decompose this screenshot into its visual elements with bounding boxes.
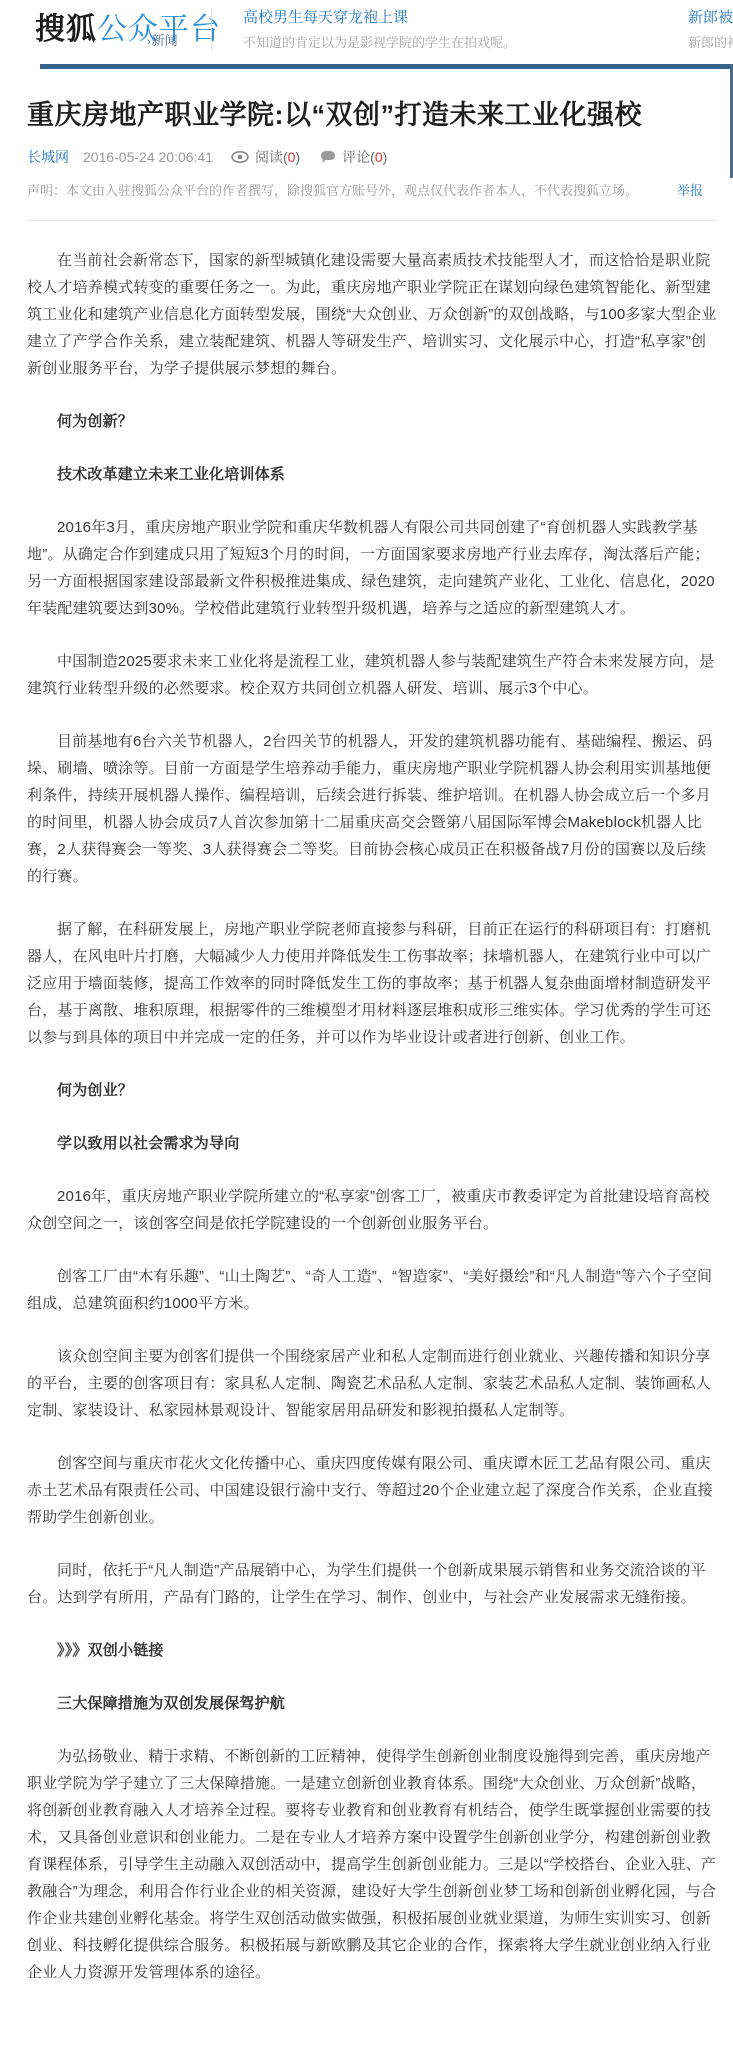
section-heading: 何为创新？ bbox=[27, 408, 717, 435]
comment-paren-close: ) bbox=[383, 149, 388, 165]
article-paragraph: 为弘扬敬业、精于求精、不断创新的工匠精神，使得学生创新创业制度设施得到完善，重庆… bbox=[27, 1743, 717, 1986]
comment-label: 评论( bbox=[342, 147, 375, 167]
headline-link[interactable]: 新郎被 bbox=[688, 7, 733, 29]
content-divider bbox=[27, 220, 717, 221]
headline-subtitle: 不知道的肯定以为是影视学院的学生在拍戏呢。 bbox=[243, 33, 516, 53]
read-count-group: 阅读(0) bbox=[231, 147, 300, 167]
sohu-logo[interactable]: 搜狐公众平台 bbox=[35, 13, 221, 47]
article-container: 重庆房地产职业学院:以“双创”打造未来工业化强校 长城网 2016-05-24 … bbox=[0, 98, 733, 2052]
article-paragraph: 2016年，重庆房地产职业学院所建立的“私享家”创客工厂，被重庆市教委评定为首批… bbox=[27, 1183, 717, 1237]
header-accent-bar bbox=[40, 64, 733, 69]
article-paragraph: 2016年3月，重庆房地产职业学院和重庆华数机器人有限公司共同创建了“育创机器人… bbox=[27, 514, 717, 622]
read-label: 阅读( bbox=[255, 147, 288, 167]
read-count: 0 bbox=[288, 149, 296, 165]
article-paragraph: 据了解，在科研发展上，房地产职业学院老师直接参与科研，目前正在运行的科研项目有：… bbox=[27, 916, 717, 1051]
sohu-logo-text: 搜狐 bbox=[35, 13, 97, 46]
section-heading: 学以致用以社会需求为导向 bbox=[27, 1130, 717, 1157]
article-paragraph: 中国制造2025要求未来工业化将是流程工业，建筑机器人参与装配建筑生产符合未来发… bbox=[27, 648, 717, 702]
section-heading: 技术改革建立未来工业化培训体系 bbox=[27, 461, 717, 488]
page-header: 搜狐公众平台 ›新闻 高校男生每天穿龙袍上课 不知道的肯定以为是影视学院的学生在… bbox=[0, 0, 733, 70]
article-meta: 长城网 2016-05-24 20:06:41 阅读(0) 评论(0) bbox=[27, 147, 717, 167]
nav-news-label: 新闻 bbox=[152, 33, 178, 48]
comment-count-group[interactable]: 评论(0) bbox=[320, 147, 387, 167]
headline-item-2: 新郎被 新郎的衬 bbox=[688, 7, 733, 53]
report-link[interactable]: 举报 bbox=[677, 180, 703, 199]
comment-count: 0 bbox=[375, 149, 383, 165]
article-paragraph: 在当前社会新常态下，国家的新型城镇化建设需要大量高素质技术技能型人才，而这恰恰是… bbox=[27, 247, 717, 382]
headline-link[interactable]: 高校男生每天穿龙袍上课 bbox=[243, 7, 516, 29]
section-heading: 三大保障措施为双创发展保驾护航 bbox=[27, 1690, 717, 1717]
article-paragraph: 该众创空间主要为创客们提供一个围绕家居产业和私人定制而进行创业就业、兴趣传播和知… bbox=[27, 1343, 717, 1424]
article-paragraph: 创客工厂由“木有乐趣”、“山土陶艺”、“奇人工造”、“智造家”、“美好摄绘”和“… bbox=[27, 1263, 717, 1317]
chevron-right-icon: › bbox=[147, 36, 151, 48]
page-title: 重庆房地产职业学院:以“双创”打造未来工业化强校 bbox=[27, 98, 717, 132]
section-heading: 》》》双创小链接 bbox=[27, 1637, 717, 1664]
disclaimer-text: 声明：本文由入驻搜狐公众平台的作者撰写，除搜狐官方账号外，观点仅代表作者本人，不… bbox=[27, 180, 638, 199]
source-link[interactable]: 长城网 bbox=[27, 147, 69, 167]
header-divider bbox=[211, 9, 212, 51]
disclaimer-row: 声明：本文由入驻搜狐公众平台的作者撰写，除搜狐官方账号外，观点仅代表作者本人，不… bbox=[27, 180, 717, 199]
headline-subtitle: 新郎的衬 bbox=[688, 33, 733, 53]
nav-news-link[interactable]: ›新闻 bbox=[147, 30, 178, 49]
section-heading: 何为创业？ bbox=[27, 1077, 717, 1104]
headline-item-1: 高校男生每天穿龙袍上课 不知道的肯定以为是影视学院的学生在拍戏呢。 bbox=[243, 7, 516, 53]
publish-datetime: 2016-05-24 20:06:41 bbox=[83, 149, 213, 165]
article-paragraph: 目前基地有6台六关节机器人，2台四关节的机器人，开发的建筑机器功能有、基础编程、… bbox=[27, 728, 717, 890]
eye-icon bbox=[231, 151, 249, 163]
article-paragraph: 同时，依托于“凡人制造”产品展销中心，为学生们提供一个创新成果展示销售和业务交流… bbox=[27, 1557, 717, 1611]
article-body: 在当前社会新常态下，国家的新型城镇化建设需要大量高素质技术技能型人才，而这恰恰是… bbox=[27, 247, 717, 1986]
read-paren-close: ) bbox=[295, 149, 300, 165]
article-paragraph: 创客空间与重庆市花火文化传播中心、重庆四度传媒有限公司、重庆谭木匠工艺品有限公司… bbox=[27, 1450, 717, 1531]
comment-icon bbox=[320, 150, 336, 164]
